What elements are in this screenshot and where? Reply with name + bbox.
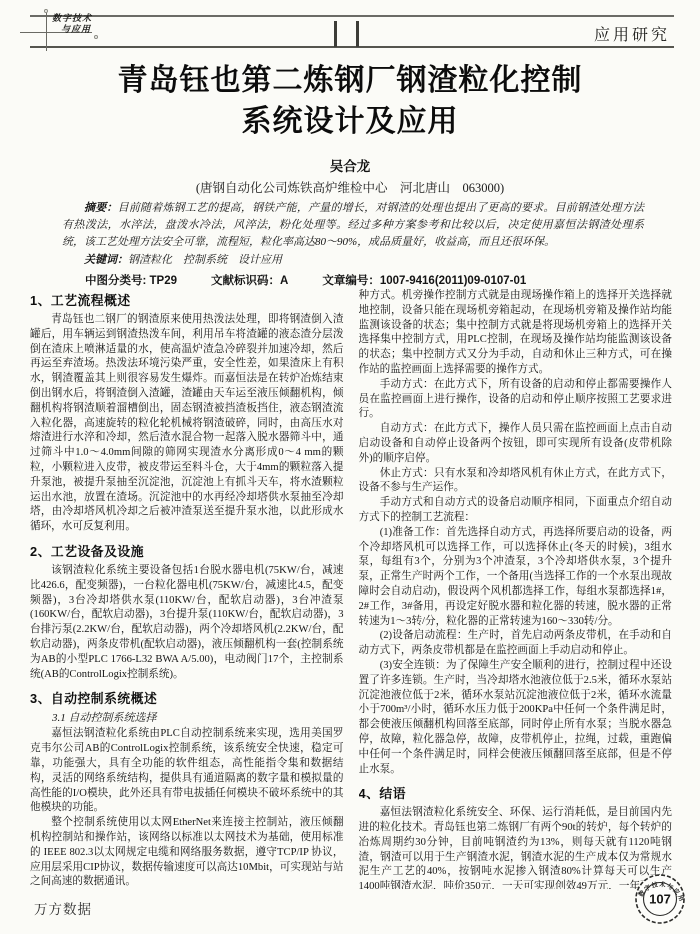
wanfang-watermark: 万方数据 <box>34 898 92 918</box>
paragraph: 青岛钰也二钢厂的钢渣原来使用热泼法处理，即将钢渣倒入渣罐后，用车辆运到钢渣热泼车… <box>30 313 344 535</box>
page-stamp-icon: 数字技术与应用 107 <box>632 870 688 926</box>
article-meta: 摘要：目前随着炼钢工艺的提高，钢铁产能，产量的增长，对钢渣的处理也提出了更高的要… <box>62 200 644 290</box>
article-title-line2: 系统设计及应用 <box>0 101 700 142</box>
keywords-text: 钢渣粒化 控制系统 设计应用 <box>128 254 282 266</box>
document-code: 文献标识码：A <box>211 275 288 287</box>
keywords-paragraph: 关键词：钢渣粒化 控制系统 设计应用 <box>62 252 644 269</box>
tick-mark-icon <box>356 21 359 47</box>
article-title-line1: 青岛钰也第二炼钢厂钢渣粒化控制 <box>0 60 700 101</box>
paragraph: 种方式。机旁操作控制方式就是由现场操作箱上的选择开关选择就地控制，设备只能在现场… <box>359 289 673 378</box>
paragraph: (3)安全连锁：为了保障生产安全顺利的进行，控制过程中还设置了许多连锁。生产时，… <box>359 659 673 777</box>
logo-vertical-line-icon <box>46 13 47 51</box>
author-affiliation: (唐钢自动化公司炼铁高炉维检中心 河北唐山 063000) <box>0 178 700 196</box>
article-number: 文章编号：1007-9416(2011)09-0107-01 <box>322 275 526 287</box>
scanned-paper-page: 数字技术 与应用 应用研究 青岛钰也第二炼钢厂钢渣粒化控制 系统设计及应用 吴合… <box>0 0 700 934</box>
section-heading: 1、工艺流程概述 <box>30 290 344 309</box>
column-section-label: 应用研究 <box>594 22 670 45</box>
page-number: 107 <box>649 892 671 907</box>
paragraph: 休止方式：只有水泵和冷却塔风机有休止方式，在此方式下，设备不参与生产运作。 <box>359 467 673 497</box>
column-right: 种方式。机旁操作控制方式就是由现场操作箱上的选择开关选择就地控制，设备只能在现场… <box>359 289 673 889</box>
logo-dot-icon <box>94 35 98 39</box>
paragraph: 手动方式和自动方式的设备启动顺序相同，下面重点介绍自动方式下的控制工艺流程： <box>359 496 673 526</box>
journal-name-line1: 数字技术 <box>52 13 92 24</box>
abstract-paragraph: 摘要：目前随着炼钢工艺的提高，钢铁产能，产量的增长，对钢渣的处理也提出了更高的要… <box>62 200 644 251</box>
paragraph: 嘉恒法钢渣粒化系统由PLC自动控制系统来实现，选用美国罗克韦尔公司AB的Cont… <box>30 727 344 816</box>
abstract-label: 摘要： <box>84 202 118 214</box>
journal-logo: 数字技术 与应用 <box>32 11 124 55</box>
section-heading: 4、结语 <box>359 783 673 802</box>
classification-line: 中图分类号: TP29文献标识码：A文章编号：1007-9416(2011)09… <box>62 273 644 290</box>
paragraph: 嘉恒法钢渣粒化系统安全、环保、运行消耗低，是目前国内先进的粒化技术。青岛钰也第二… <box>359 806 673 889</box>
logo-dot-icon <box>44 9 48 13</box>
clc-number: 中图分类号: TP29 <box>85 275 177 287</box>
author-name: 吴合龙 <box>0 155 700 175</box>
title-block: 青岛钰也第二炼钢厂钢渣粒化控制 系统设计及应用 吴合龙 (唐钢自动化公司炼铁高炉… <box>0 60 700 196</box>
paragraph: 整个控制系统使用以太网EtherNet来连接主控制站，液压倾翻机构控制站和操作站… <box>30 816 344 889</box>
paragraph: 自动方式：在此方式下，操作人员只需在监控画面上点击自动启动设备和自动停止设备两个… <box>359 422 673 466</box>
binding-marks-icon <box>332 21 366 47</box>
journal-header: 数字技术 与应用 应用研究 <box>30 15 674 48</box>
column-left: 1、工艺流程概述 青岛钰也二钢厂的钢渣原来使用热泼法处理，即将钢渣倒入渣罐后，用… <box>30 289 344 889</box>
section-heading: 3、自动控制系统概述 <box>30 688 344 707</box>
page-number-stamp: 数字技术与应用 107 <box>632 870 688 926</box>
article-body: 1、工艺流程概述 青岛钰也二钢厂的钢渣原来使用热泼法处理，即将钢渣倒入渣罐后，用… <box>30 289 672 889</box>
paragraph: 手动方式：在此方式下，所有设备的启动和停止都需要操作人员在监控画面上进行操作，设… <box>359 378 673 422</box>
journal-name-line2: 与应用 <box>52 24 92 35</box>
journal-name: 数字技术 与应用 <box>52 13 92 35</box>
paragraph: 该钢渣粒化系统主要设备包括1台脱水器电机(75KW/台，减速比426.6，配变频… <box>30 564 344 682</box>
abstract-text: 目前随着炼钢工艺的提高，钢铁产能，产量的增长，对钢渣的处理也提出了更高的要求。目… <box>62 202 644 248</box>
subsection-heading: 3.1 自动控制系统选择 <box>30 711 344 726</box>
keywords-label: 关键词： <box>84 254 128 266</box>
section-heading: 2、工艺设备及设施 <box>30 541 344 560</box>
paragraph: (2)设备启动流程：生产时，首先启动两条皮带机，在手动和自动方式下，两条皮带机都… <box>359 629 673 659</box>
paragraph: (1)准备工作：首先选择自动方式，再选择所要启动的设备，两个冷却塔风机可以选择工… <box>359 526 673 630</box>
tick-mark-icon <box>334 21 337 47</box>
